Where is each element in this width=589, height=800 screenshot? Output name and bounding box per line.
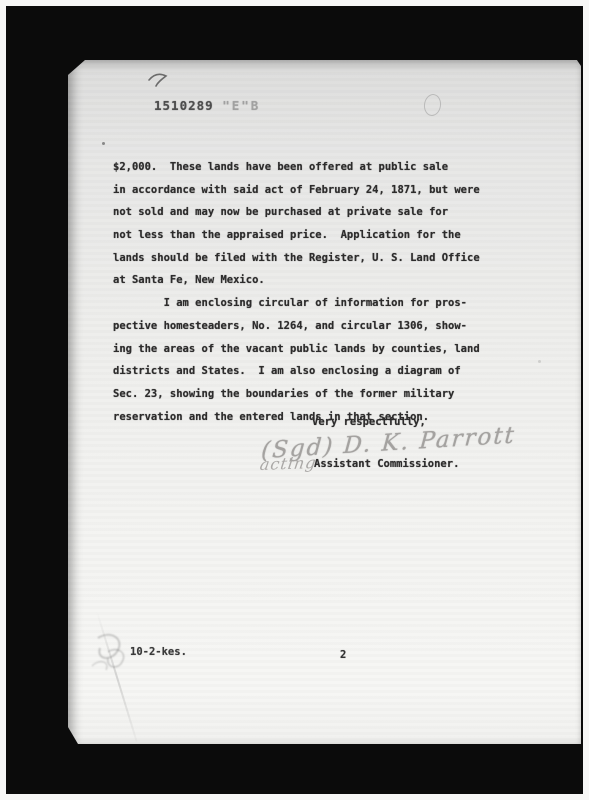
typed-line: lands should be filed with the Register,… — [113, 247, 508, 270]
typed-line: at Santa Fe, New Mexico. — [113, 269, 508, 292]
letter-body: $2,000. These lands have been offered at… — [113, 156, 508, 428]
dust-speck — [538, 360, 541, 363]
typed-line: Sec. 23, showing the boundaries of the f… — [113, 383, 508, 406]
typed-line: districts and States. I am also enclosin… — [113, 360, 508, 383]
letter-page: 1510289 "E"B $2,000. These lands have be… — [68, 60, 581, 744]
typed-line: ing the areas of the vacant public lands… — [113, 338, 508, 361]
file-stamp: 1510289 "E"B — [154, 98, 260, 113]
pen-squiggle-mark — [146, 70, 172, 88]
typed-line: reservation and the entered lands in tha… — [113, 406, 508, 429]
typed-line: not sold and may now be purchased at pri… — [113, 201, 508, 224]
typed-line: $2,000. These lands have been offered at… — [113, 156, 508, 179]
signer-title: Assistant Commissioner. — [314, 458, 459, 470]
embossed-circle-mark — [423, 93, 443, 117]
typed-line: I am enclosing circular of information f… — [113, 292, 508, 315]
handwritten-acting-note: acting — [259, 453, 318, 474]
typed-line: not less than the appraised price. Appli… — [113, 224, 508, 247]
valediction: Very respectfully, — [312, 416, 426, 428]
stamp-suffix: B — [251, 98, 261, 113]
scanned-document-frame: 1510289 "E"B $2,000. These lands have be… — [0, 0, 589, 800]
dust-speck — [102, 142, 105, 145]
stamp-code: "E" — [222, 98, 251, 113]
pencil-smudge — [80, 608, 150, 678]
page-number: 2 — [340, 649, 346, 661]
typed-line: pective homesteaders, No. 1264, and circ… — [113, 315, 508, 338]
typed-line: in accordance with said act of February … — [113, 179, 508, 202]
scanner-background: 1510289 "E"B $2,000. These lands have be… — [6, 6, 583, 794]
stamp-number: 1510289 — [154, 98, 214, 113]
